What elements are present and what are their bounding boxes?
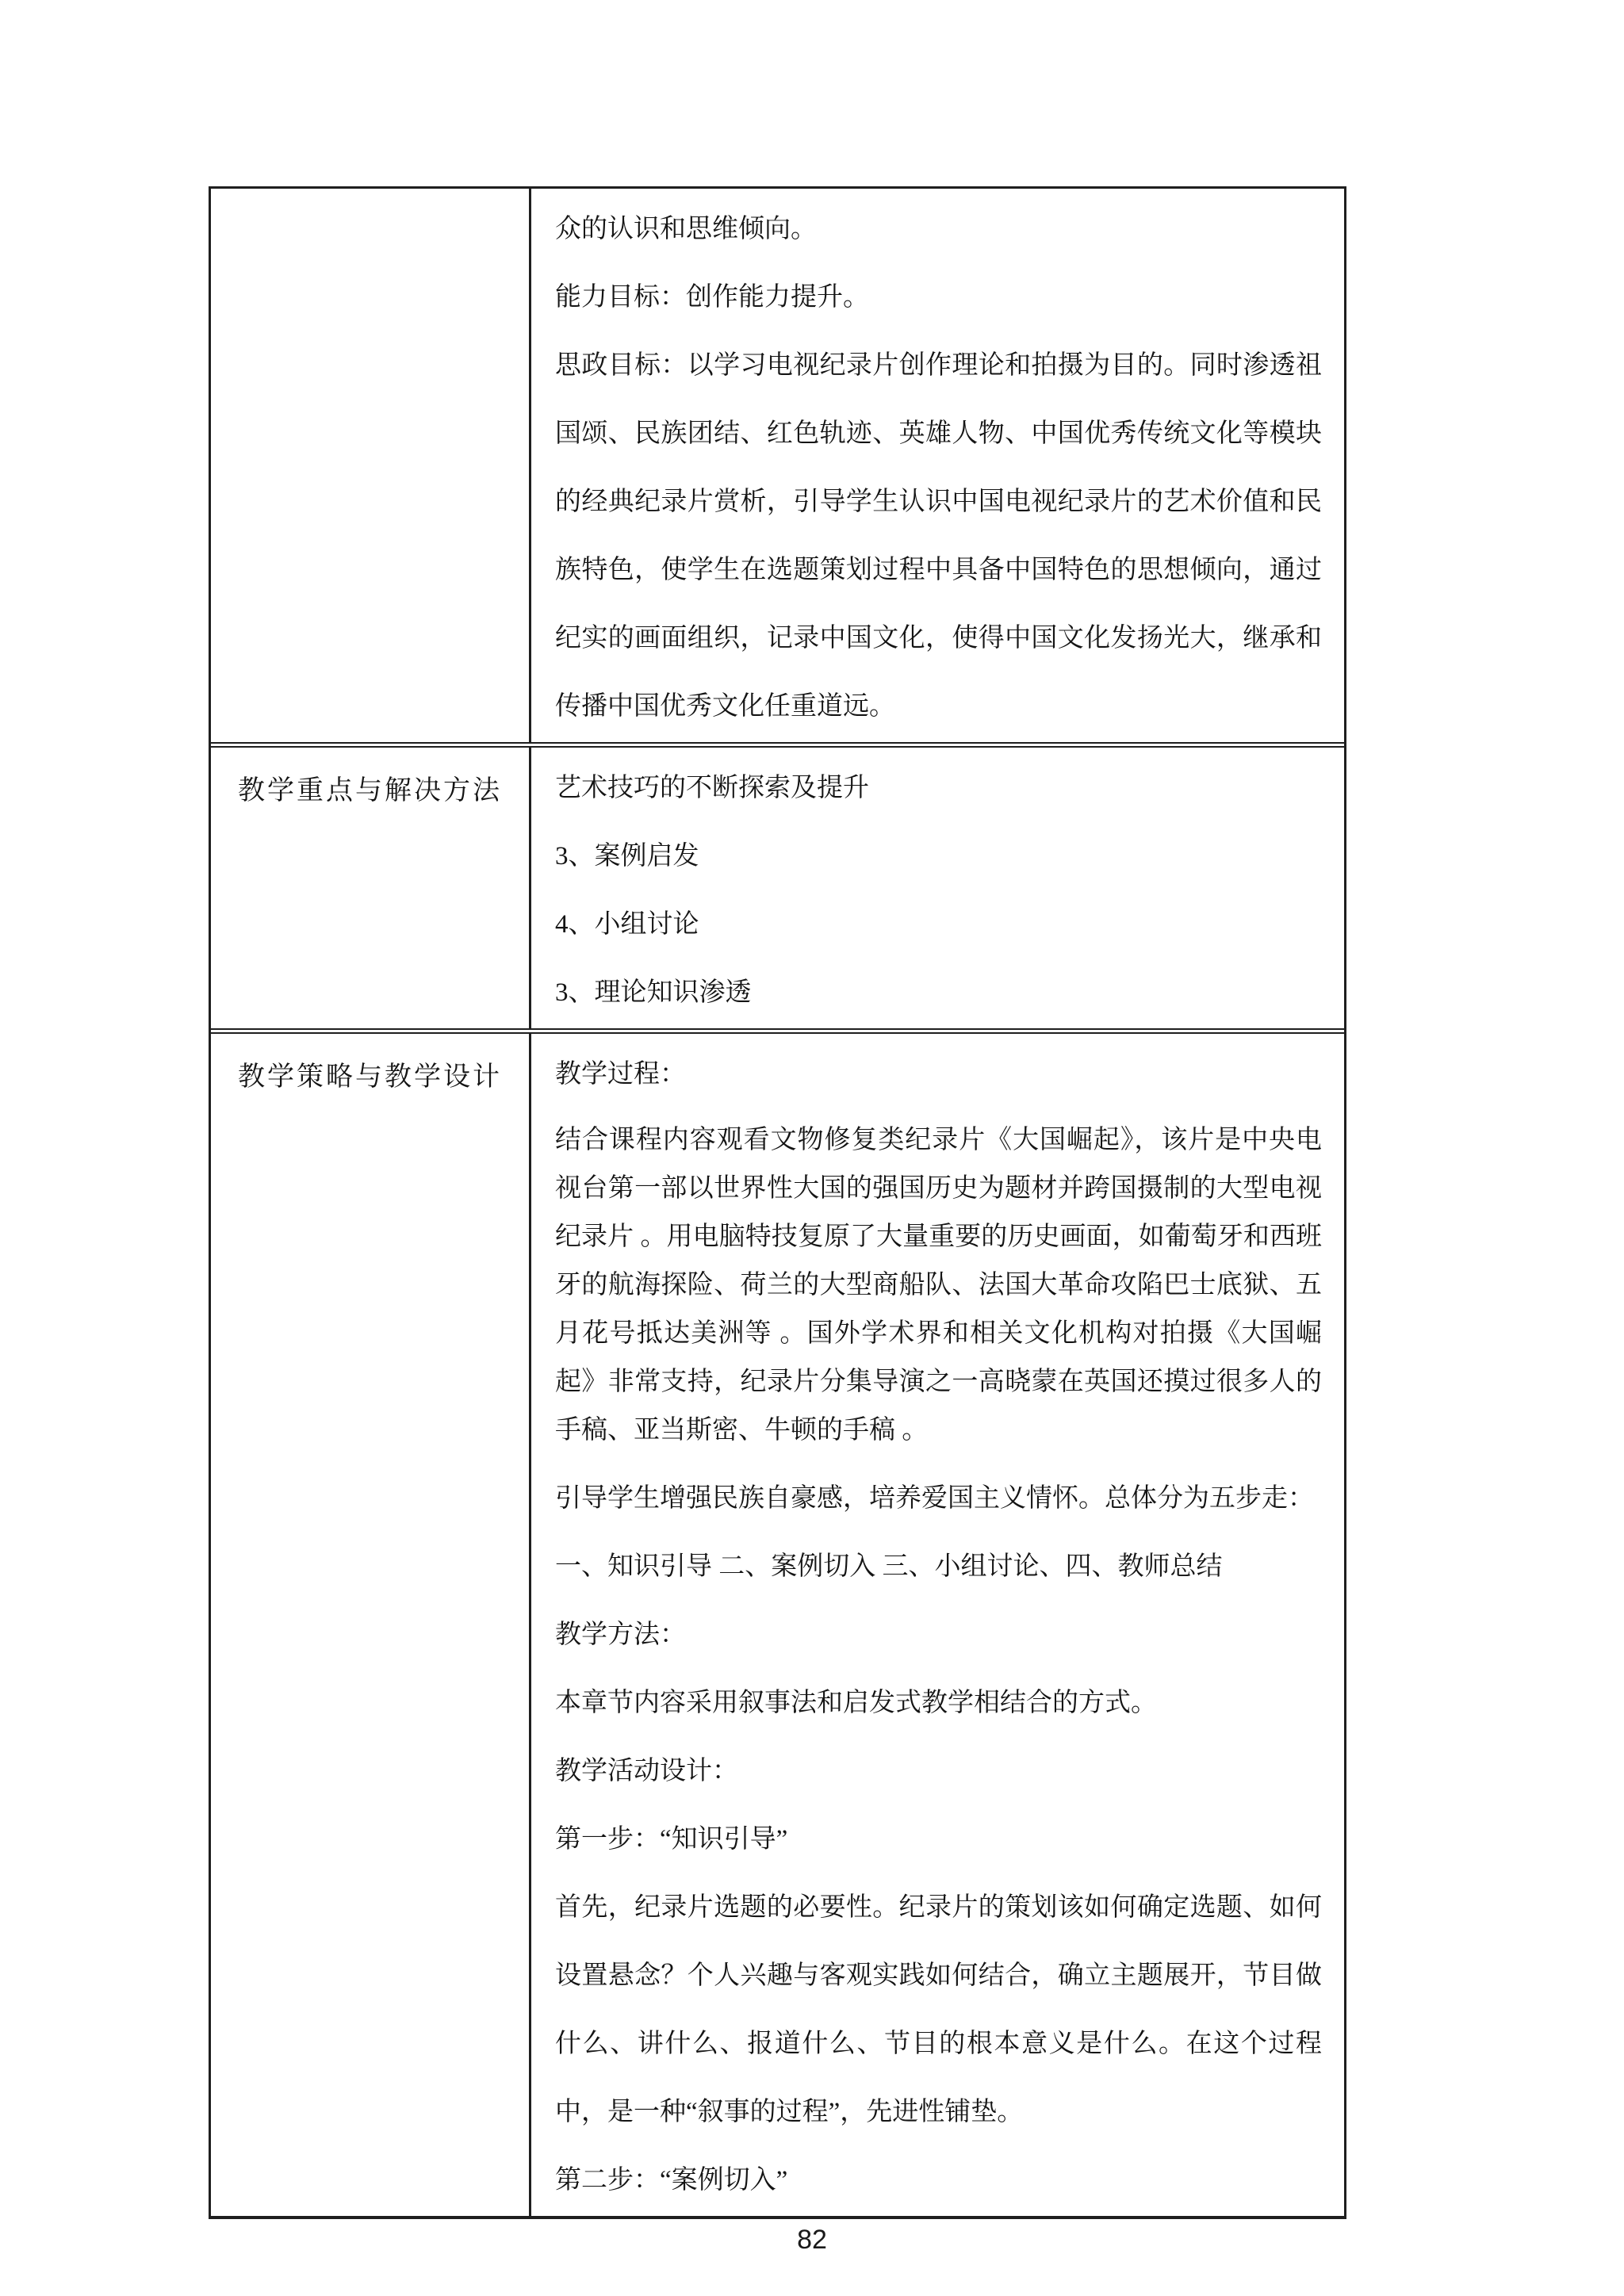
paragraph: 第一步：“知识引导” bbox=[555, 1805, 1322, 1873]
paragraph: 教学过程： bbox=[555, 1040, 1322, 1108]
paragraph: 本章节内容采用叙事法和启发式教学相结合的方式。 bbox=[555, 1669, 1322, 1737]
paragraph: 众的认识和思维倾向。 bbox=[555, 195, 1322, 263]
row-content-cell: 众的认识和思维倾向。 能力目标：创作能力提升。 思政目标：以学习电视纪录片创作理… bbox=[531, 189, 1344, 742]
paragraph: 3、理论知识渗透 bbox=[555, 959, 1322, 1027]
row-label-cell bbox=[211, 189, 531, 742]
table-row-objectives-continued: 众的认识和思维倾向。 能力目标：创作能力提升。 思政目标：以学习电视纪录片创作理… bbox=[211, 189, 1344, 742]
paragraph: 首先，纪录片选题的必要性。纪录片的策划该如何确定选题、如何设置悬念？个人兴趣与客… bbox=[555, 1873, 1322, 2146]
paragraph: 教学活动设计： bbox=[555, 1737, 1322, 1805]
paragraph: 引导学生增强民族自豪感，培养爱国主义情怀。总体分为五步走： bbox=[555, 1464, 1322, 1533]
table-row-strategy-design: 教学策略与教学设计 教学过程： 结合课程内容观看文物修复类纪录片《大国崛起》，该… bbox=[211, 1028, 1344, 2216]
lesson-plan-table: 众的认识和思维倾向。 能力目标：创作能力提升。 思政目标：以学习电视纪录片创作理… bbox=[209, 186, 1346, 2219]
paragraph: 能力目标：创作能力提升。 bbox=[555, 263, 1322, 331]
paragraph: 艺术技巧的不断探索及提升 bbox=[555, 754, 1322, 822]
table-row-key-points: 教学重点与解决方法 艺术技巧的不断探索及提升 3、案例启发 4、小组讨论 3、理… bbox=[211, 742, 1344, 1028]
row-content-cell: 教学过程： 结合课程内容观看文物修复类纪录片《大国崛起》，该片是中央电视台第一部… bbox=[531, 1034, 1344, 2216]
row-label-cell: 教学重点与解决方法 bbox=[211, 748, 531, 1028]
paragraph: 一、知识引导 二、案例切入 三、小组讨论、四、教师总结 bbox=[555, 1533, 1322, 1601]
paragraph: 教学方法： bbox=[555, 1601, 1322, 1669]
paragraph: 第二步：“案例切入” bbox=[555, 2146, 1322, 2214]
paragraph: 4、小组讨论 bbox=[555, 890, 1322, 959]
row-label-cell: 教学策略与教学设计 bbox=[211, 1034, 531, 2216]
row-label: 教学重点与解决方法 bbox=[238, 757, 502, 825]
paragraph: 3、案例启发 bbox=[555, 822, 1322, 890]
page-number: 82 bbox=[0, 2225, 1624, 2256]
paragraph: 思政目标：以学习电视纪录片创作理论和拍摄为目的。同时渗透祖国颂、民族团结、红色轨… bbox=[555, 331, 1322, 740]
paragraph: 结合课程内容观看文物修复类纪录片《大国崛起》，该片是中央电视台第一部以世界性大国… bbox=[555, 1116, 1322, 1455]
row-content-cell: 艺术技巧的不断探索及提升 3、案例启发 4、小组讨论 3、理论知识渗透 bbox=[531, 748, 1344, 1028]
row-label: 教学策略与教学设计 bbox=[238, 1043, 502, 1112]
document-page: 众的认识和思维倾向。 能力目标：创作能力提升。 思政目标：以学习电视纪录片创作理… bbox=[0, 0, 1624, 2296]
